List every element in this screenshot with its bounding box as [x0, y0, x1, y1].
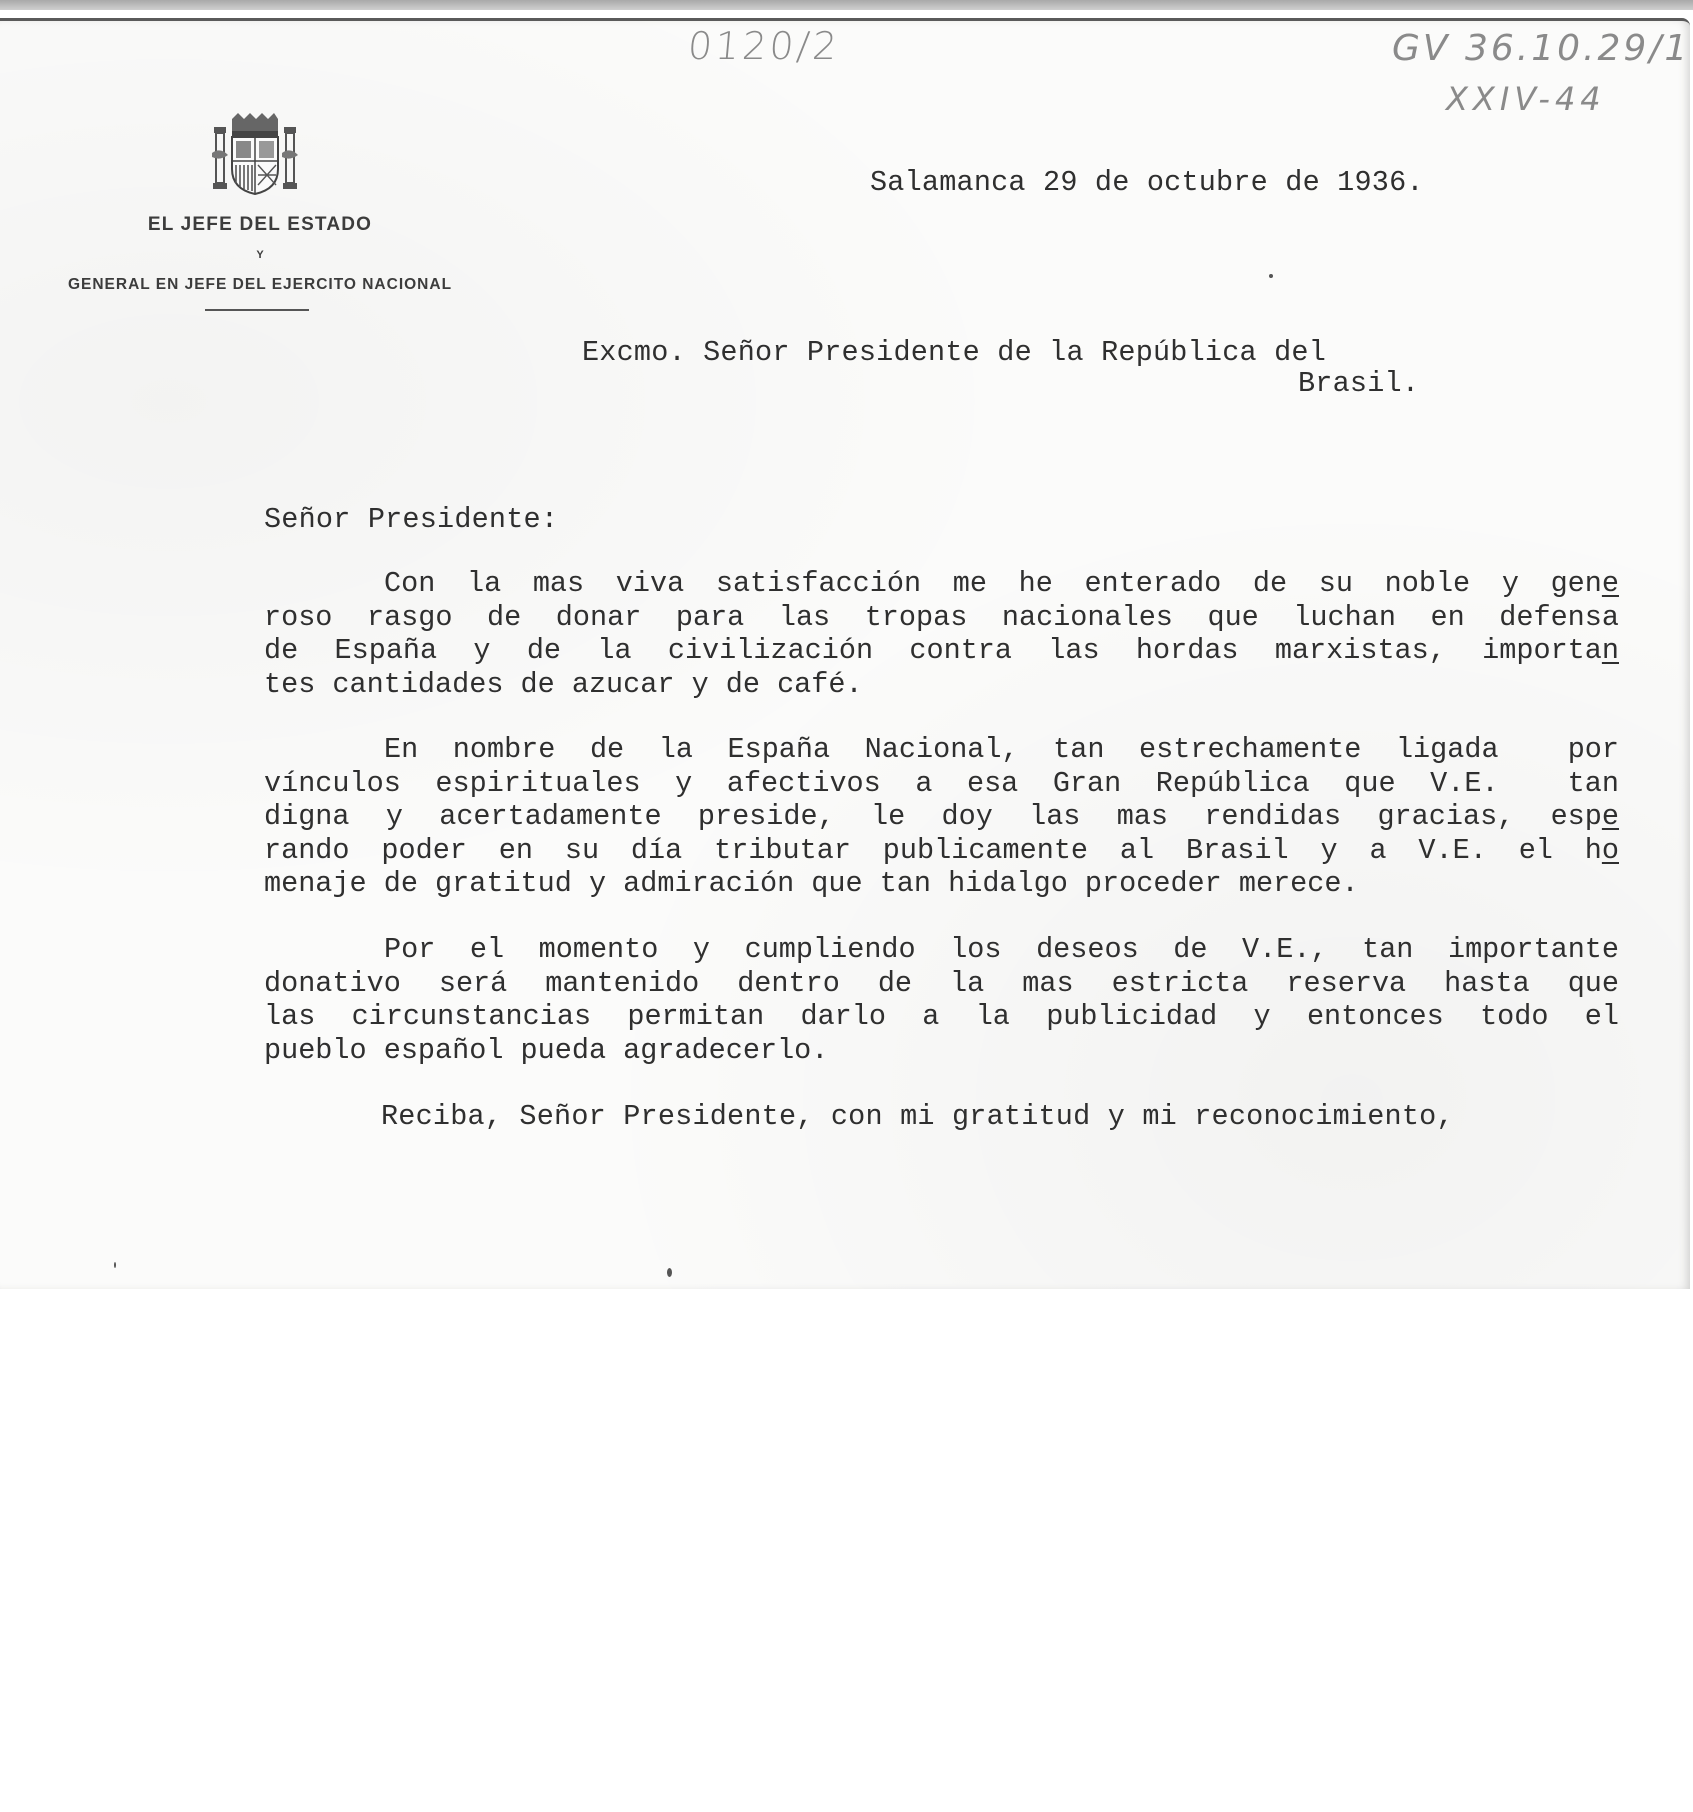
ink-speck [1269, 274, 1273, 278]
text-line: de España y de la civilización contra la… [264, 634, 1619, 668]
letterhead-subtitle: GENERAL EN JEFE DEL EJERCITO NACIONAL [20, 276, 500, 294]
addressee-line-1: Excmo. Señor Presidente de la República … [582, 336, 1326, 369]
text-line: En nombre de la España Nacional, tan est… [264, 733, 1619, 767]
salutation: Señor Presidente: [264, 503, 558, 536]
ink-speck [114, 1262, 116, 1268]
text-line: digna y acertadamente preside, le doy la… [264, 800, 1619, 834]
hyphen-underline-mark: n [1602, 634, 1619, 667]
hyphen-underline-mark: o [1602, 834, 1619, 867]
archive-mark-center: 0120/2 [686, 24, 842, 68]
text-line: vínculos espirituales y afectivos a esa … [264, 767, 1619, 801]
text-line: tes cantidades de azucar y de café. [264, 668, 1619, 702]
letterhead-conjunction: Y [55, 249, 465, 261]
letterhead-title: EL JEFE DEL ESTADO [55, 214, 465, 236]
addressee-line-2: Brasil. [1298, 367, 1419, 400]
closing-line: Reciba, Señor Presidente, con mi gratitu… [381, 1100, 1454, 1133]
text-line: donativo será mantenido dentro de la mas… [264, 967, 1619, 1001]
ink-speck [667, 1268, 672, 1277]
paragraph-1: Con la mas viva satisfacción me he enter… [264, 567, 1619, 701]
text-line: las circunstancias permitan darlo a la p… [264, 1000, 1619, 1034]
date-line: Salamanca 29 de octubre de 1936. [870, 166, 1424, 199]
scanner-top-band [0, 0, 1693, 10]
text-line: roso rasgo de donar para las tropas naci… [264, 601, 1619, 635]
paragraph-3: Por el momento y cumpliendo los deseos d… [264, 933, 1619, 1067]
spanish-coat-of-arms-icon [210, 113, 300, 195]
text-line: Por el momento y cumpliendo los deseos d… [264, 933, 1619, 967]
archive-mark-reference: GV 36.10.29/1 [1392, 28, 1690, 69]
paragraph-2: En nombre de la España Nacional, tan est… [264, 733, 1619, 901]
archive-mark-volume: XXIV-44 [1446, 80, 1606, 118]
text-line: pueblo español pueda agradecerlo. [264, 1034, 1619, 1068]
hyphen-underline-mark: e [1602, 800, 1619, 833]
text-line: menaje de gratitud y admiración que tan … [264, 867, 1619, 901]
letterhead-divider [205, 309, 309, 311]
hyphen-underline-mark: e [1602, 567, 1619, 600]
text-line: Con la mas viva satisfacción me he enter… [264, 567, 1619, 601]
text-line: rando poder en su día tributar publicame… [264, 834, 1619, 868]
